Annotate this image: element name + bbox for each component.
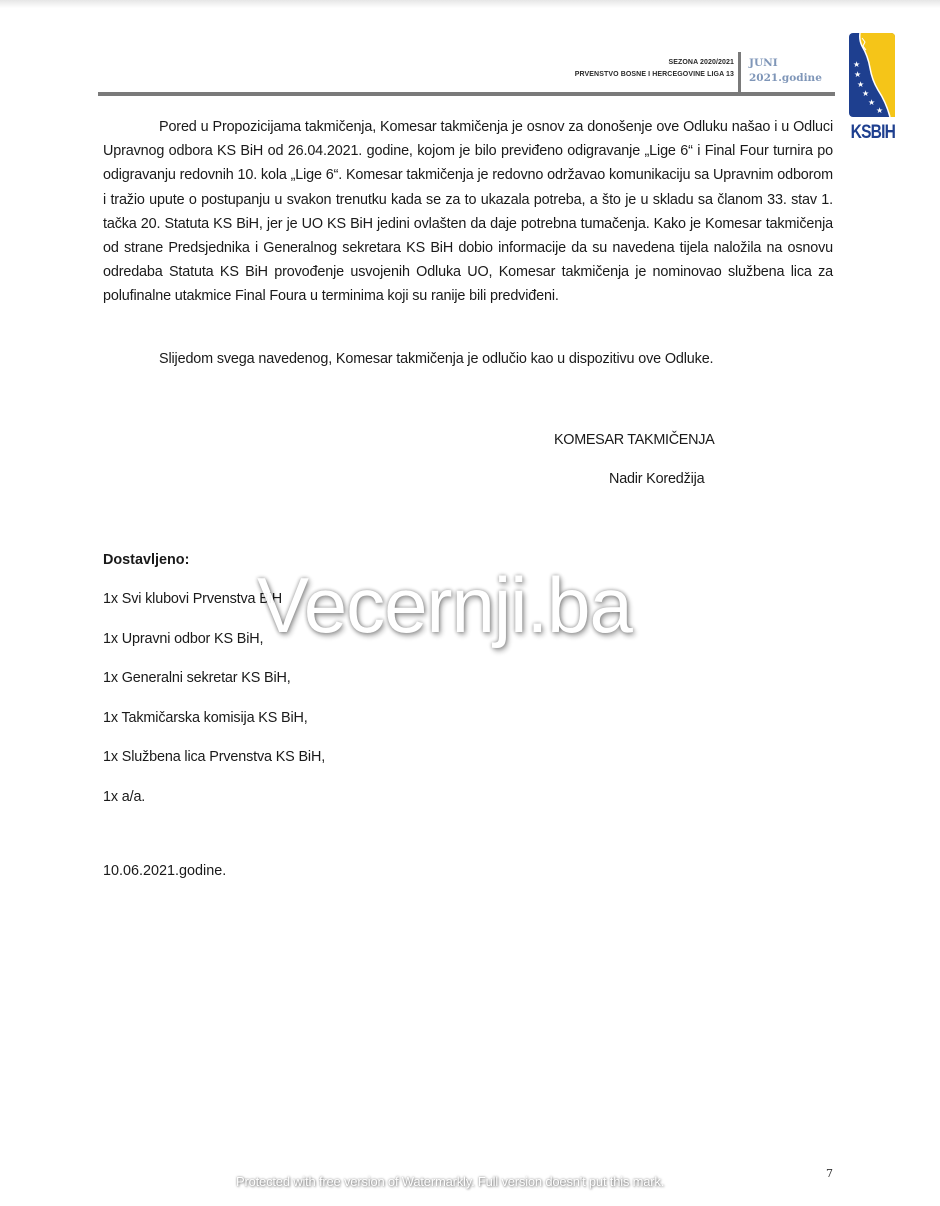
paragraph-reasoning: Pored u Propozicijama takmičenja, Komesa… [103,115,833,309]
svg-text:★: ★ [853,60,860,69]
distribution-list: 1x Svi klubovi Prvenstva BiH 1x Upravni … [103,588,325,825]
header-date: JUNI 2021.godine [749,56,822,86]
header-meta: SEZONA 2020/2021 PRVENSTVO BOSNE I HERCE… [575,57,734,81]
league-label: PRVENSTVO BOSNE I HERCEGOVINE LIGA 13 [575,69,734,81]
paragraph-conclusion: Slijedom svega navedenog, Komesar takmič… [159,347,839,371]
list-item: 1x Svi klubovi Prvenstva BiH [103,588,325,628]
logo-text: KSBIH [851,122,894,144]
header-rule [98,92,835,96]
page-number: 7 [826,1167,833,1180]
header-month: JUNI [749,56,822,71]
document-date: 10.06.2021.godine. [103,860,226,882]
svg-text:★: ★ [862,89,869,98]
header-year: 2021.godine [749,71,822,86]
tool-watermark: Protected with free version of Watermark… [236,1174,664,1189]
list-item: 1x Upravni odbor KS BiH, [103,628,325,668]
svg-text:★: ★ [868,98,875,107]
list-item: 1x a/a. [103,786,325,826]
ksbih-logo: ★ ★ ★ ★ ★ ★ KSBIH [846,30,898,148]
list-item: 1x Takmičarska komisija KS BiH, [103,707,325,747]
svg-text:★: ★ [876,106,883,115]
header-vertical-divider [738,52,741,95]
bih-flag-shield-icon: ★ ★ ★ ★ ★ ★ [846,30,898,120]
distribution-heading: Dostavljeno: [103,549,189,571]
svg-text:★: ★ [857,80,864,89]
list-item: 1x Generalni sekretar KS BiH, [103,667,325,707]
signature-title: KOMESAR TAKMIČENJA [554,429,714,451]
paragraph-reasoning-text: Pored u Propozicijama takmičenja, Komesa… [103,119,833,304]
svg-text:★: ★ [854,70,861,79]
season-label: SEZONA 2020/2021 [575,57,734,69]
page-top-shadow [0,0,940,8]
signature-name: Nadir Koredžija [609,468,704,490]
list-item: 1x Službena lica Prvenstva KS BiH, [103,746,325,786]
